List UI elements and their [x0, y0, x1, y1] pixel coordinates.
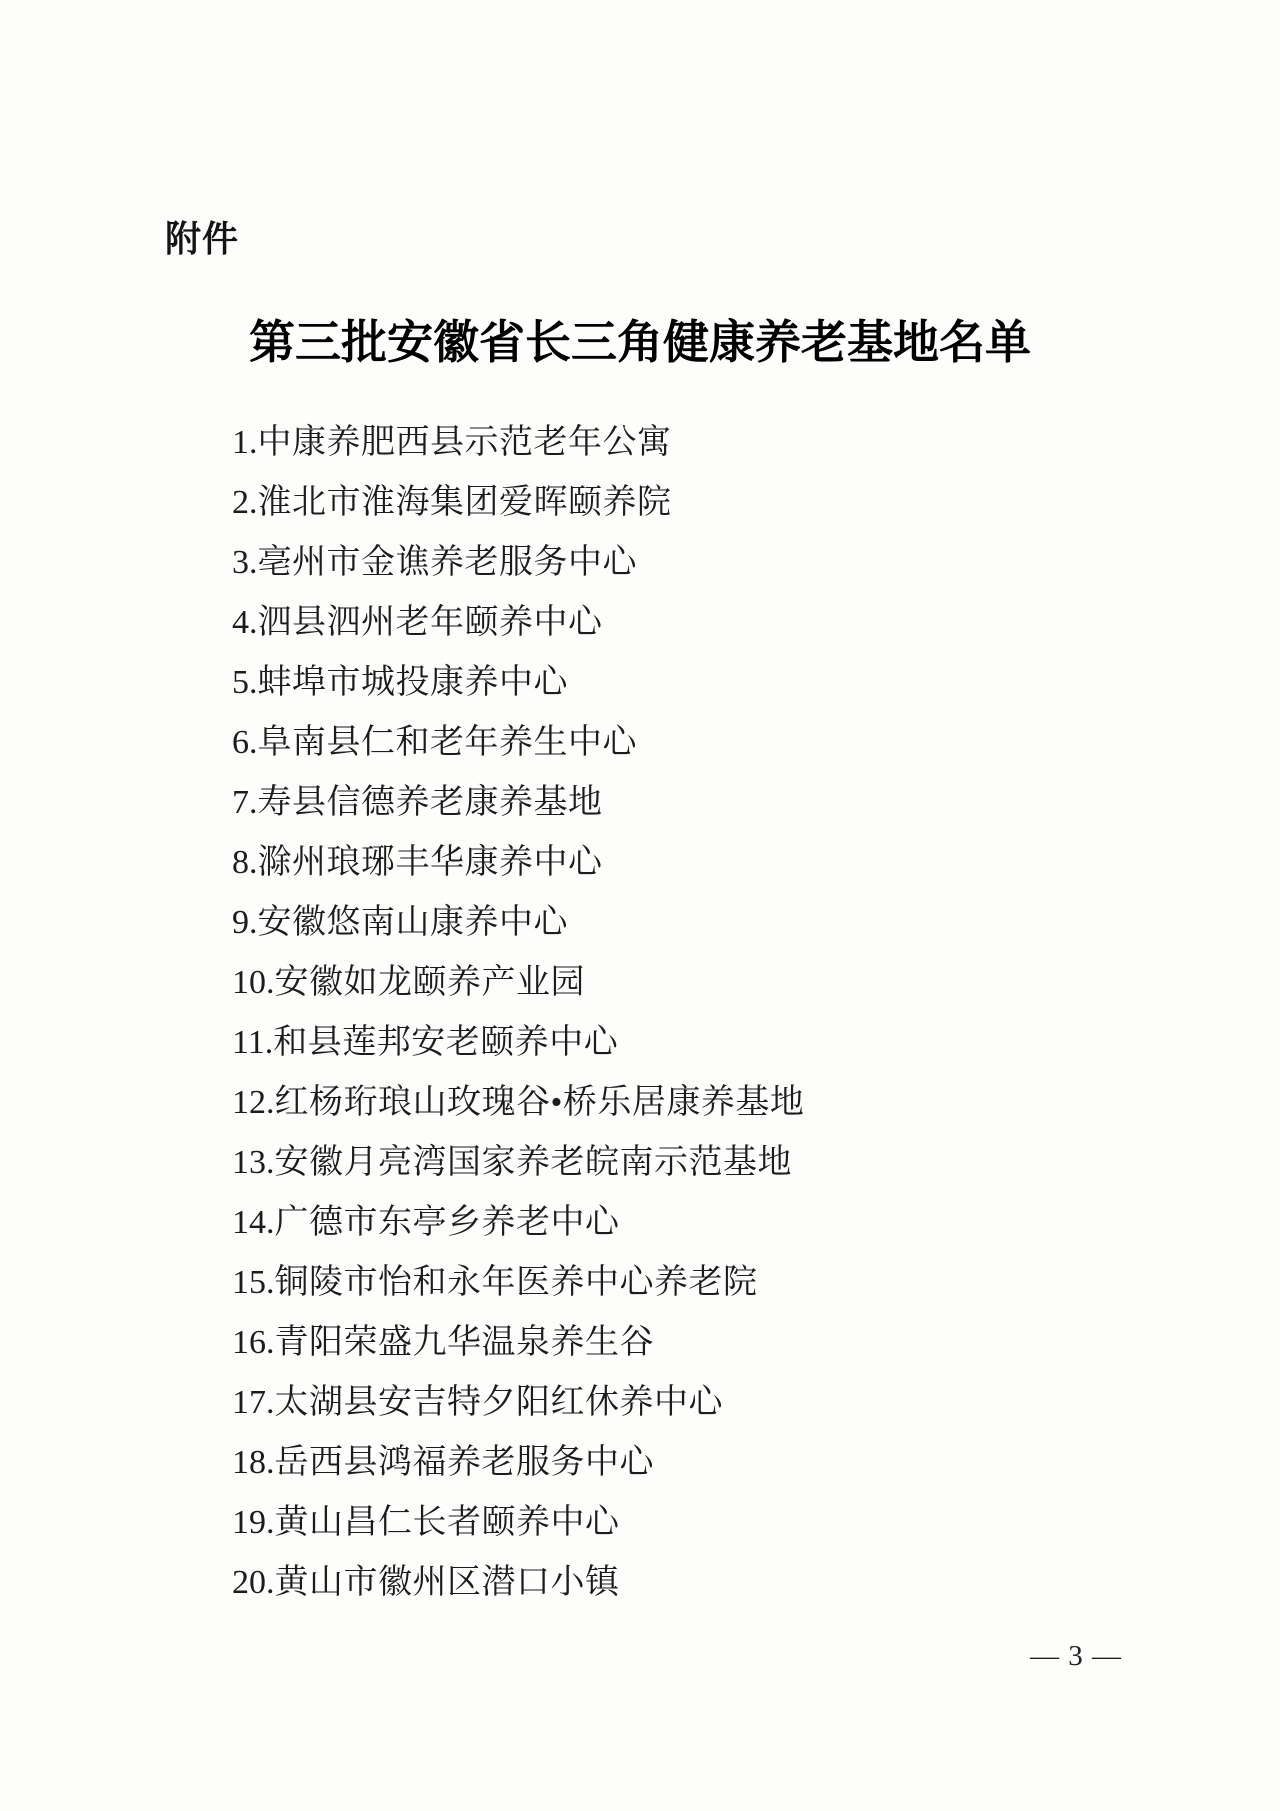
list-item-name: 中康养肥西县示范老年公寓 — [258, 424, 672, 461]
list-item-number: 10. — [232, 964, 275, 1001]
list-item-name: 泗县泗州老年颐养中心 — [258, 604, 603, 641]
list-item-number: 18. — [232, 1444, 275, 1481]
list-item-number: 1. — [232, 424, 258, 461]
list-item-number: 20. — [232, 1564, 275, 1601]
base-list: 1.中康养肥西县示范老年公寓2.淮北市淮海集团爱晖颐养院3.亳州市金谯养老服务中… — [232, 413, 804, 1613]
list-item: 16.青阳荣盛九华温泉养生谷 — [232, 1313, 804, 1373]
list-item-name: 寿县信德养老康养基地 — [258, 784, 603, 821]
list-item-number: 15. — [232, 1264, 275, 1301]
list-item: 13.安徽月亮湾国家养老皖南示范基地 — [232, 1133, 804, 1193]
list-item: 10.安徽如龙颐养产业园 — [232, 953, 804, 1013]
list-item-number: 3. — [232, 544, 258, 581]
list-item-number: 2. — [232, 484, 258, 521]
list-item-name: 蚌埠市城投康养中心 — [258, 664, 569, 701]
list-item: 3.亳州市金谯养老服务中心 — [232, 533, 804, 593]
list-item-name: 黄山市徽州区潜口小镇 — [275, 1564, 620, 1601]
list-item-number: 11. — [232, 1024, 273, 1061]
list-item-name: 青阳荣盛九华温泉养生谷 — [275, 1324, 655, 1361]
list-item: 9.安徽悠南山康养中心 — [232, 893, 804, 953]
list-item: 19.黄山昌仁长者颐养中心 — [232, 1493, 804, 1553]
attachment-label: 附件 — [165, 218, 239, 260]
list-item-number: 5. — [232, 664, 258, 701]
list-item: 20.黄山市徽州区潜口小镇 — [232, 1553, 804, 1613]
list-item-name: 阜南县仁和老年养生中心 — [258, 724, 638, 761]
list-item: 4.泗县泗州老年颐养中心 — [232, 593, 804, 653]
list-item-name: 安徽如龙颐养产业园 — [275, 964, 586, 1001]
list-item-name: 黄山昌仁长者颐养中心 — [275, 1504, 620, 1541]
list-item-number: 6. — [232, 724, 258, 761]
list-item-number: 16. — [232, 1324, 275, 1361]
list-item: 14.广德市东亭乡养老中心 — [232, 1193, 804, 1253]
list-item-name: 红杨珩琅山玫瑰谷•桥乐居康养基地 — [275, 1084, 805, 1121]
list-item-number: 4. — [232, 604, 258, 641]
list-item-name: 淮北市淮海集团爱晖颐养院 — [258, 484, 672, 521]
list-item: 5.蚌埠市城投康养中心 — [232, 653, 804, 713]
page-number: — 3 — — [1030, 1639, 1122, 1673]
list-item: 11.和县莲邦安老颐养中心 — [232, 1013, 804, 1073]
list-item-name: 太湖县安吉特夕阳红休养中心 — [275, 1384, 724, 1421]
list-item-name: 滁州琅琊丰华康养中心 — [258, 844, 603, 881]
list-item-name: 亳州市金谯养老服务中心 — [258, 544, 638, 581]
list-item: 17.太湖县安吉特夕阳红休养中心 — [232, 1373, 804, 1433]
list-item-number: 12. — [232, 1084, 275, 1121]
list-item-name: 安徽悠南山康养中心 — [258, 904, 569, 941]
list-item-number: 17. — [232, 1384, 275, 1421]
list-item: 18.岳西县鸿福养老服务中心 — [232, 1433, 804, 1493]
list-item-number: 14. — [232, 1204, 275, 1241]
list-item: 6.阜南县仁和老年养生中心 — [232, 713, 804, 773]
list-item-number: 7. — [232, 784, 258, 821]
list-item-name: 铜陵市怡和永年医养中心养老院 — [275, 1264, 758, 1301]
list-item: 12.红杨珩琅山玫瑰谷•桥乐居康养基地 — [232, 1073, 804, 1133]
list-item-number: 8. — [232, 844, 258, 881]
list-item-name: 安徽月亮湾国家养老皖南示范基地 — [275, 1144, 793, 1181]
list-item: 1.中康养肥西县示范老年公寓 — [232, 413, 804, 473]
list-item-name: 和县莲邦安老颐养中心 — [273, 1024, 618, 1061]
list-item-name: 岳西县鸿福养老服务中心 — [275, 1444, 655, 1481]
list-item-name: 广德市东亭乡养老中心 — [275, 1204, 620, 1241]
list-item: 2.淮北市淮海集团爱晖颐养院 — [232, 473, 804, 533]
list-item: 8.滁州琅琊丰华康养中心 — [232, 833, 804, 893]
list-item-number: 13. — [232, 1144, 275, 1181]
list-item-number: 19. — [232, 1504, 275, 1541]
list-item: 15.铜陵市怡和永年医养中心养老院 — [232, 1253, 804, 1313]
document-title: 第三批安徽省长三角健康养老基地名单 — [0, 312, 1280, 374]
list-item: 7.寿县信德养老康养基地 — [232, 773, 804, 833]
document-page: 附件 第三批安徽省长三角健康养老基地名单 1.中康养肥西县示范老年公寓2.淮北市… — [0, 0, 1280, 1811]
list-item-number: 9. — [232, 904, 258, 941]
